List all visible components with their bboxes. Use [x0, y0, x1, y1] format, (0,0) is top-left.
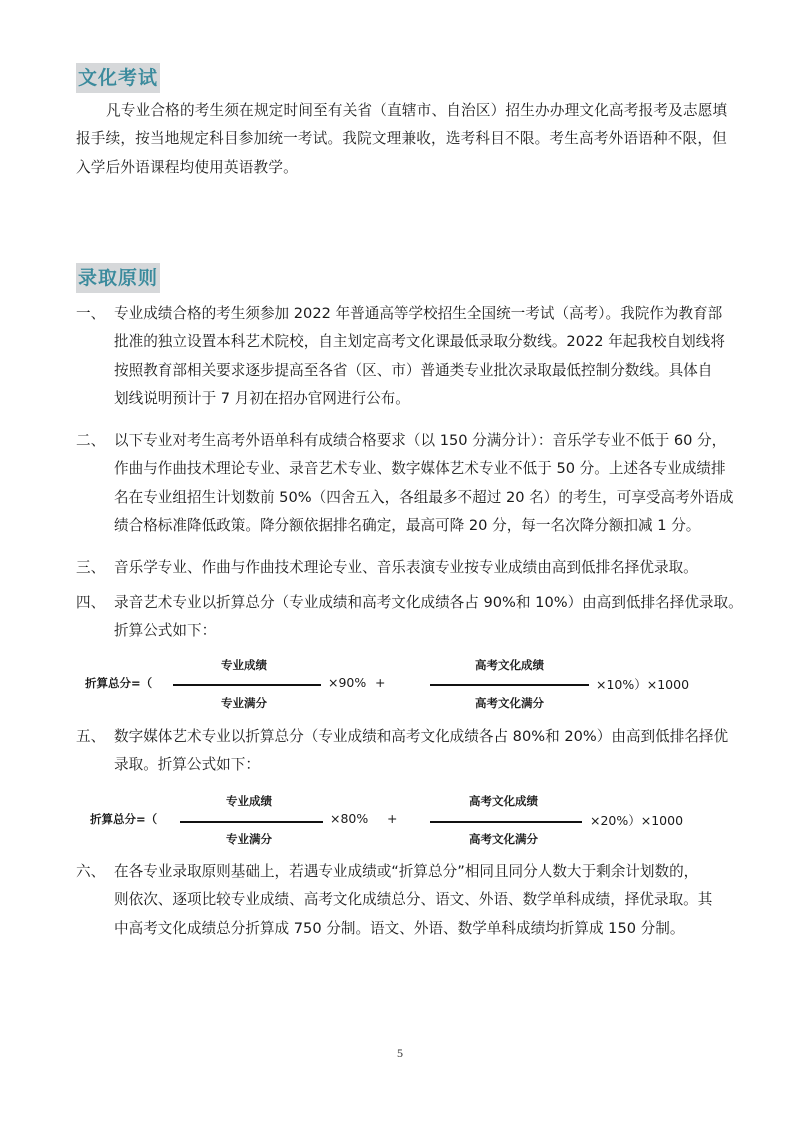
paragraph-line: 报手续，按当地规定科目参加统一考试。我院文理兼收，选考科目不限。考生高考外语语种…	[76, 125, 724, 153]
item-line: 名在专业组招生计划数前 50%（四舍五入，各组最多不超过 20 名）的考生，可享…	[114, 484, 726, 512]
list-marker: 二、	[76, 427, 105, 455]
fraction-1-bar	[180, 821, 323, 823]
formula-digital-media: 折算总分=（ 专业成绩 专业满分 ×80% + 高考文化成绩 高考文化满分 ×2…	[0, 790, 800, 850]
formula-recording-arts: 折算总分=（ 专业成绩 专业满分 ×90% + 高考文化成绩 高考文化满分 ×1…	[0, 655, 800, 715]
fraction-2-denominator: 高考文化满分	[475, 695, 544, 711]
item-line: 音乐学专业、作曲与作曲技术理论专业、音乐表演专业按专业成绩由高到低排名择优录取。	[114, 554, 726, 582]
fraction-1-denominator: 专业满分	[226, 831, 272, 847]
item-line: 按照教育部相关要求逐步提高至各省（区、市）普通类专业批次录取最低控制分数线。具体…	[114, 357, 726, 385]
fraction-2-bar	[430, 821, 582, 823]
list-marker: 五、	[76, 723, 105, 751]
page-number: 5	[0, 1046, 800, 1061]
list-item-body: 以下专业对考生高考外语单科有成绩合格要求（以 150 分满分计）：音乐学专业不低…	[114, 427, 726, 540]
list-marker: 四、	[76, 589, 105, 617]
item-line: 作曲与作曲技术理论专业、录音艺术专业、数字媒体艺术专业不低于 50 分。上述各专…	[114, 455, 726, 483]
item-line: 数字媒体艺术专业以折算总分（专业成绩和高考文化成绩各占 80%和 20%）由高到…	[114, 723, 726, 751]
fraction-1-numerator: 专业成绩	[221, 657, 267, 673]
item-line: 绩合格标准降低政策。降分额依据排名确定，最高可降 20 分，每一名次降分额扣减 …	[114, 512, 726, 540]
formula-tail: ×20%）×1000	[590, 811, 683, 829]
list-item-body: 专业成绩合格的考生须参加 2022 年普通高等学校招生全国统一考试（高考）。我院…	[114, 300, 726, 413]
weight-1: ×90%	[328, 675, 366, 690]
list-item-body: 录音艺术专业以折算总分（专业成绩和高考文化成绩各占 90%和 10%）由高到低排…	[114, 589, 726, 646]
list-marker: 三、	[76, 554, 105, 582]
paragraph-line: 入学后外语课程均使用英语教学。	[76, 154, 724, 182]
fraction-2-numerator: 高考文化成绩	[475, 657, 544, 673]
fraction-2-bar	[430, 684, 589, 686]
item-line: 录音艺术专业以折算总分（专业成绩和高考文化成绩各占 90%和 10%）由高到低排…	[114, 589, 726, 617]
item-line: 中高考文化成绩总分折算成 750 分制。语文、外语、数学单科成绩均折算成 150…	[114, 915, 726, 943]
section-heading-admission-principles: 录取原则	[76, 263, 160, 293]
fraction-2-numerator: 高考文化成绩	[469, 793, 538, 809]
list-marker: 一、	[76, 300, 105, 328]
item-line: 录取。折算公式如下：	[114, 751, 726, 779]
item-line: 折算公式如下：	[114, 617, 726, 645]
formula-tail: ×10%）×1000	[596, 675, 689, 693]
fraction-1-numerator: 专业成绩	[226, 793, 272, 809]
item-line: 批准的独立设置本科艺术院校，自主划定高考文化课最低录取分数线。2022 年起我校…	[114, 328, 726, 356]
list-item-body: 数字媒体艺术专业以折算总分（专业成绩和高考文化成绩各占 80%和 20%）由高到…	[114, 723, 726, 780]
fraction-2-denominator: 高考文化满分	[469, 831, 538, 847]
list-item-body: 音乐学专业、作曲与作曲技术理论专业、音乐表演专业按专业成绩由高到低排名择优录取。	[114, 554, 726, 582]
item-line: 在各专业录取原则基础上，若遇专业成绩或“折算总分”相同且同分人数大于剩余计划数的…	[114, 858, 726, 886]
item-line: 专业成绩合格的考生须参加 2022 年普通高等学校招生全国统一考试（高考）。我院…	[114, 300, 726, 328]
fraction-1-denominator: 专业满分	[221, 695, 267, 711]
list-marker: 六、	[76, 858, 105, 886]
document-page: 文化考试 凡专业合格的考生须在规定时间至有关省（直辖市、自治区）招生办办理文化高…	[0, 0, 800, 1132]
paragraph-line: 凡专业合格的考生须在规定时间至有关省（直辖市、自治区）招生办办理文化高考报考及志…	[76, 97, 724, 125]
item-line: 以下专业对考生高考外语单科有成绩合格要求（以 150 分满分计）：音乐学专业不低…	[114, 427, 726, 455]
item-line: 划线说明预计于 7 月初在招办官网进行公布。	[114, 385, 726, 413]
fraction-1-bar	[173, 684, 321, 686]
culture-exam-paragraph: 凡专业合格的考生须在规定时间至有关省（直辖市、自治区）招生办办理文化高考报考及志…	[76, 97, 724, 182]
plus-sign: +	[387, 811, 397, 826]
formula-label: 折算总分=（	[85, 675, 152, 691]
formula-label: 折算总分=（	[90, 811, 157, 827]
item-line: 则依次、逐项比较专业成绩、高考文化成绩总分、语文、外语、数学单科成绩，择优录取。…	[114, 886, 726, 914]
plus-sign: +	[375, 675, 385, 690]
section-heading-culture-exam: 文化考试	[76, 63, 160, 93]
weight-1: ×80%	[330, 811, 368, 826]
list-item-body: 在各专业录取原则基础上，若遇专业成绩或“折算总分”相同且同分人数大于剩余计划数的…	[114, 858, 726, 943]
